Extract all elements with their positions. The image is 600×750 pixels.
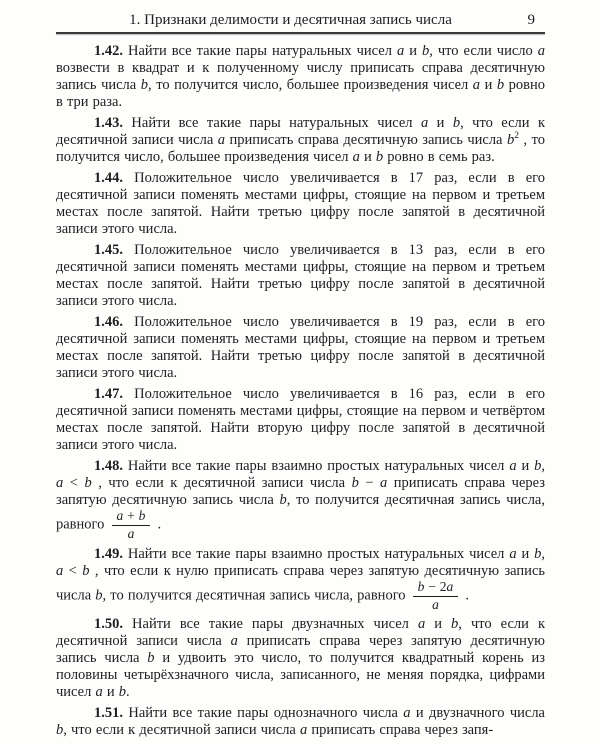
math-variable: b: [82, 563, 89, 579]
problems-list: 1.42. Найти все такие пары натуральных ч…: [56, 43, 545, 743]
math-variable: a: [56, 475, 63, 491]
math-variable: a: [56, 563, 63, 579]
problem-1-45: 1.45. Положительное число увеличивается …: [56, 242, 545, 310]
problem-number: 1.45.: [94, 242, 123, 258]
math-variable: a: [300, 722, 307, 738]
math-variable: b: [451, 616, 458, 632]
math-variable: b: [95, 587, 102, 603]
book-page: 1. Признаки делимости и десятичная запис…: [0, 0, 600, 750]
problem-1-49: 1.49. Найти все такие пары взаимно прост…: [56, 546, 545, 613]
math-variable: a: [117, 508, 124, 523]
math-variable: a: [128, 526, 135, 541]
problem-number: 1.43.: [94, 115, 123, 131]
problem-1-50: 1.50. Найти все такие пары двузначных чи…: [56, 616, 545, 701]
problem-number: 1.50.: [94, 616, 123, 632]
problem-1-46: 1.46. Положительное число увеличивается …: [56, 314, 545, 382]
math-variable: b: [84, 475, 91, 491]
problem-1-51: 1.51. Найти все такие пары однозначного …: [56, 705, 545, 739]
problem-number: 1.51.: [94, 705, 123, 721]
math-variable: b: [534, 546, 541, 562]
problem-number: 1.46.: [94, 314, 123, 330]
math-variable: a: [421, 115, 428, 131]
problem-number: 1.48.: [94, 458, 123, 474]
fraction-numerator: a + b: [112, 509, 151, 526]
fraction-denominator: a: [112, 526, 151, 542]
math-variable: a: [353, 149, 360, 165]
math-variable: b: [147, 650, 154, 666]
problem-number: 1.42.: [94, 43, 123, 59]
chapter-title: 1. Признаки делимости и десятичная запис…: [56, 11, 545, 29]
problem-number: 1.44.: [94, 170, 123, 186]
math-variable: b: [422, 43, 429, 59]
math-variable: a: [380, 475, 387, 491]
math-variable: a: [538, 43, 545, 59]
problem-1-44: 1.44. Положительное число увеличивается …: [56, 170, 545, 238]
math-variable: a: [231, 633, 238, 649]
problem-1-47: 1.47. Положительное число увеличивается …: [56, 386, 545, 454]
math-variable: a: [509, 546, 516, 562]
math-variable: b: [141, 77, 148, 93]
fraction: a + ba: [112, 509, 151, 542]
page-header: 1. Признаки делимости и десятичная запис…: [56, 11, 545, 34]
fraction-numerator: b − 2a: [413, 580, 459, 597]
math-variable: b: [497, 77, 504, 93]
math-variable: a: [403, 705, 410, 721]
math-variable: b: [418, 579, 425, 594]
math-variable: a: [447, 579, 454, 594]
math-variable: b: [139, 508, 146, 523]
math-variable: b: [534, 458, 541, 474]
math-variable: a: [95, 684, 102, 700]
math-superscript: 2: [514, 131, 519, 141]
math-variable: b: [376, 149, 383, 165]
math-variable: a: [432, 597, 439, 612]
problem-number: 1.47.: [94, 386, 123, 402]
fraction-denominator: a: [413, 597, 459, 613]
math-variable: a: [418, 616, 425, 632]
math-variable: a: [509, 458, 516, 474]
math-variable: b: [119, 684, 126, 700]
page-number: 9: [528, 11, 536, 29]
fraction: b − 2aa: [413, 580, 459, 613]
math-variable: a: [397, 43, 404, 59]
math-variable: b: [453, 115, 460, 131]
problem-1-43: 1.43. Найти все такие пары натуральных ч…: [56, 115, 545, 166]
header-rule: [56, 32, 545, 34]
math-variable: b: [352, 475, 359, 491]
math-variable: b: [56, 722, 63, 738]
problem-1-48: 1.48. Найти все такие пары взаимно прост…: [56, 458, 545, 542]
problem-1-42: 1.42. Найти все такие пары натуральных ч…: [56, 43, 545, 111]
problem-number: 1.49.: [94, 546, 123, 562]
math-variable: a: [218, 132, 225, 148]
math-variable: a: [473, 77, 480, 93]
math-variable: b: [280, 492, 287, 508]
